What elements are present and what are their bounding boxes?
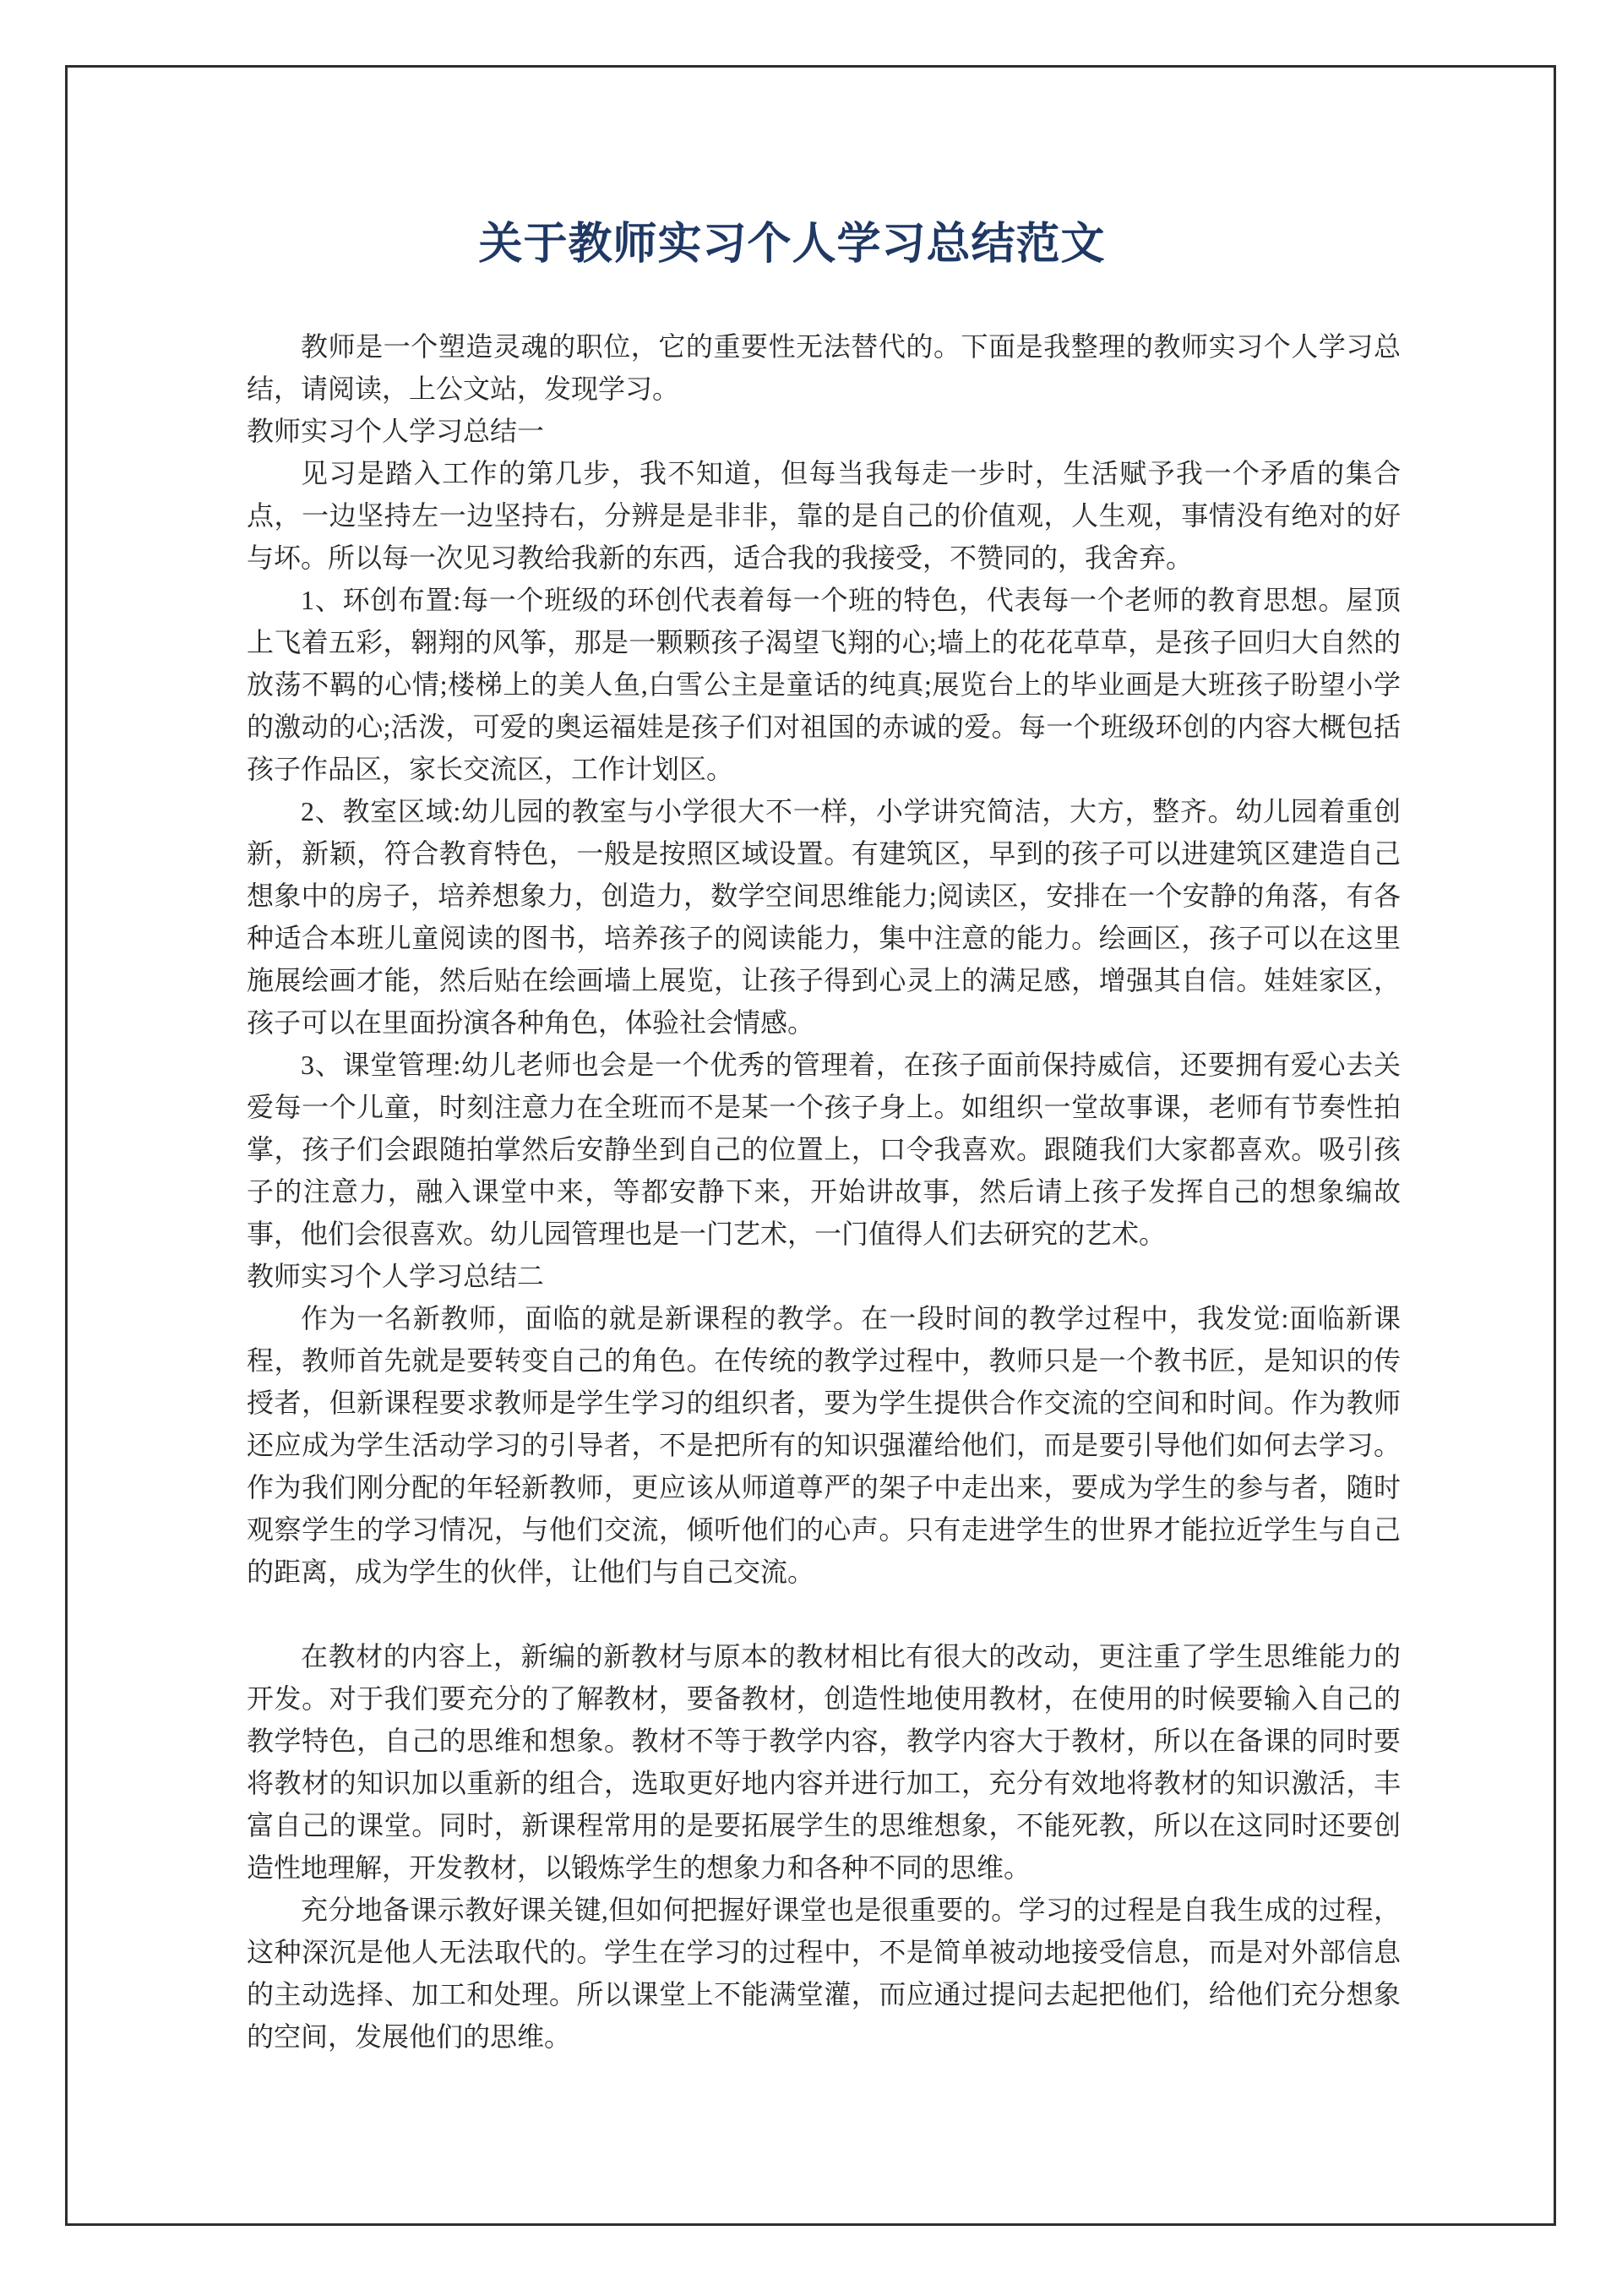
document-content: 关于教师实习个人学习总结范文 教师是一个塑造灵魂的职位，它的重要性无法替代的。下… (247, 203, 1401, 2058)
paragraph-lesson-preparation: 充分地备课示教好课关键,但如何把握好课堂也是很重要的。学习的过程是自我生成的过程… (247, 1889, 1401, 2058)
paragraph-new-teacher-role: 作为一名新教师，面临的就是新课程的教学。在一段时间的教学过程中，我发觉:面临新课… (247, 1297, 1401, 1593)
paragraph-internship-first-step: 见习是踏入工作的第几步，我不知道，但每当我每走一步时，生活赋予我一个矛盾的集合点… (247, 452, 1401, 579)
paragraph-environment-layout: 1、环创布置:每一个班级的环创代表着每一个班的特色，代表每一个老师的教育思想。屋… (247, 579, 1401, 790)
section-heading-summary-1: 教师实习个人学习总结一 (247, 410, 1401, 452)
document-title: 关于教师实习个人学习总结范文 (247, 203, 1337, 287)
blank-line (247, 1593, 1401, 1635)
section-heading-summary-2: 教师实习个人学习总结二 (247, 1255, 1401, 1297)
paragraph-classroom-zones: 2、教室区域:幼儿园的教室与小学很大不一样，小学讲究简洁，大方，整齐。幼儿园着重… (247, 790, 1401, 1044)
paragraph-intro: 教师是一个塑造灵魂的职位，它的重要性无法替代的。下面是我整理的教师实习个人学习总… (247, 325, 1401, 410)
paragraph-teaching-material: 在教材的内容上，新编的新教材与原本的教材相比有很大的改动，更注重了学生思维能力的… (247, 1635, 1401, 1889)
paragraph-classroom-management: 3、课堂管理:幼儿老师也会是一个优秀的管理着，在孩子面前保持威信，还要拥有爱心去… (247, 1044, 1401, 1255)
